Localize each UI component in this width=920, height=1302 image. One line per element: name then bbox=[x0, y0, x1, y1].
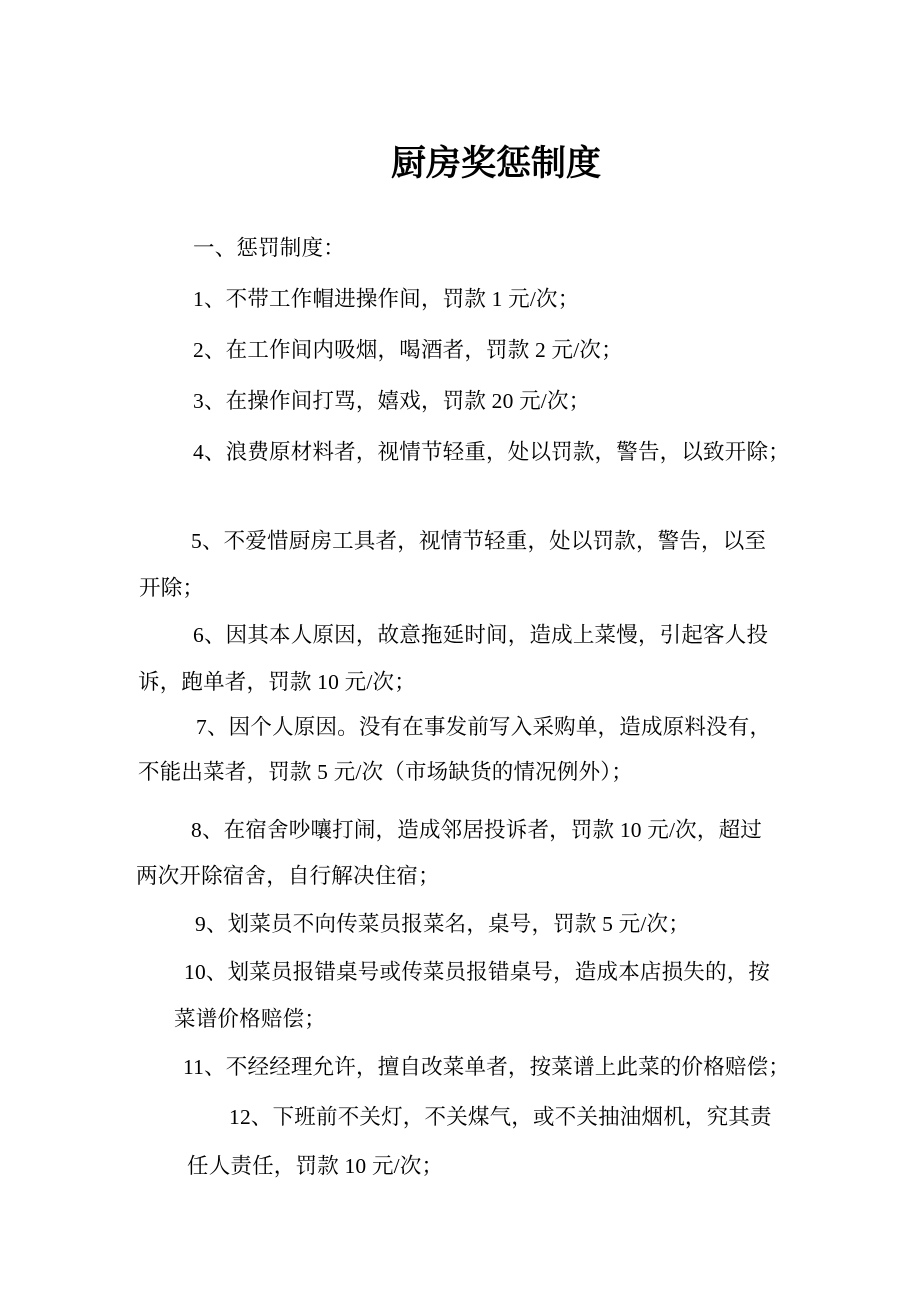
text-line: 开除； bbox=[139, 577, 204, 600]
text-line: 不能出菜者，罚款 5 元/次（市场缺货的情况例外）； bbox=[138, 761, 633, 784]
text-line: 3、在操作间打骂，嬉戏，罚款 20 元/次； bbox=[193, 390, 590, 413]
text-line: 1、不带工作帽进操作间，罚款 1 元/次； bbox=[193, 288, 579, 311]
text-line: 4、浪费原材料者，视情节轻重，处以罚款，警告，以致开除； bbox=[193, 441, 790, 464]
text-line: 诉，跑单者，罚款 10 元/次； bbox=[138, 671, 416, 694]
text-line: 一、惩罚制度： bbox=[193, 237, 345, 260]
text-line: 10、划菜员报错桌号或传菜员报错桌号，造成本店损失的，按 bbox=[184, 961, 770, 984]
text-line: 12、下班前不关灯，不关煤气，或不关抽油烟机，究其责 bbox=[229, 1106, 772, 1129]
text-line: 7、因个人原因。没有在事发前写入采购单，造成原料没有， bbox=[196, 716, 771, 739]
text-line: 11、不经经理允许，擅自改菜单者，按菜谱上此菜的价格赔偿； bbox=[183, 1056, 790, 1079]
text-line: 6、因其本人原因，故意拖延时间，造成上菜慢，引起客人投 bbox=[193, 624, 768, 647]
text-line: 8、在宿舍吵嚷打闹，造成邻居投诉者，罚款 10 元/次，超过 bbox=[191, 819, 762, 842]
text-line: 任人责任，罚款 10 元/次； bbox=[187, 1155, 443, 1178]
text-line: 菜谱价格赔偿； bbox=[174, 1008, 326, 1031]
text-line: 5、不爱惜厨房工具者，视情节轻重，处以罚款，警告，以至 bbox=[191, 530, 766, 553]
document-title: 厨房奖惩制度 bbox=[391, 145, 601, 183]
text-line: 两次开除宿舍，自行解决住宿； bbox=[136, 865, 440, 888]
text-line: 9、划菜员不向传菜员报菜名，桌号，罚款 5 元/次； bbox=[195, 913, 690, 936]
document-page: 厨房奖惩制度 一、惩罚制度：1、不带工作帽进操作间，罚款 1 元/次；2、在工作… bbox=[0, 0, 920, 1302]
text-line: 2、在工作间内吸烟，喝酒者，罚款 2 元/次； bbox=[193, 339, 623, 362]
